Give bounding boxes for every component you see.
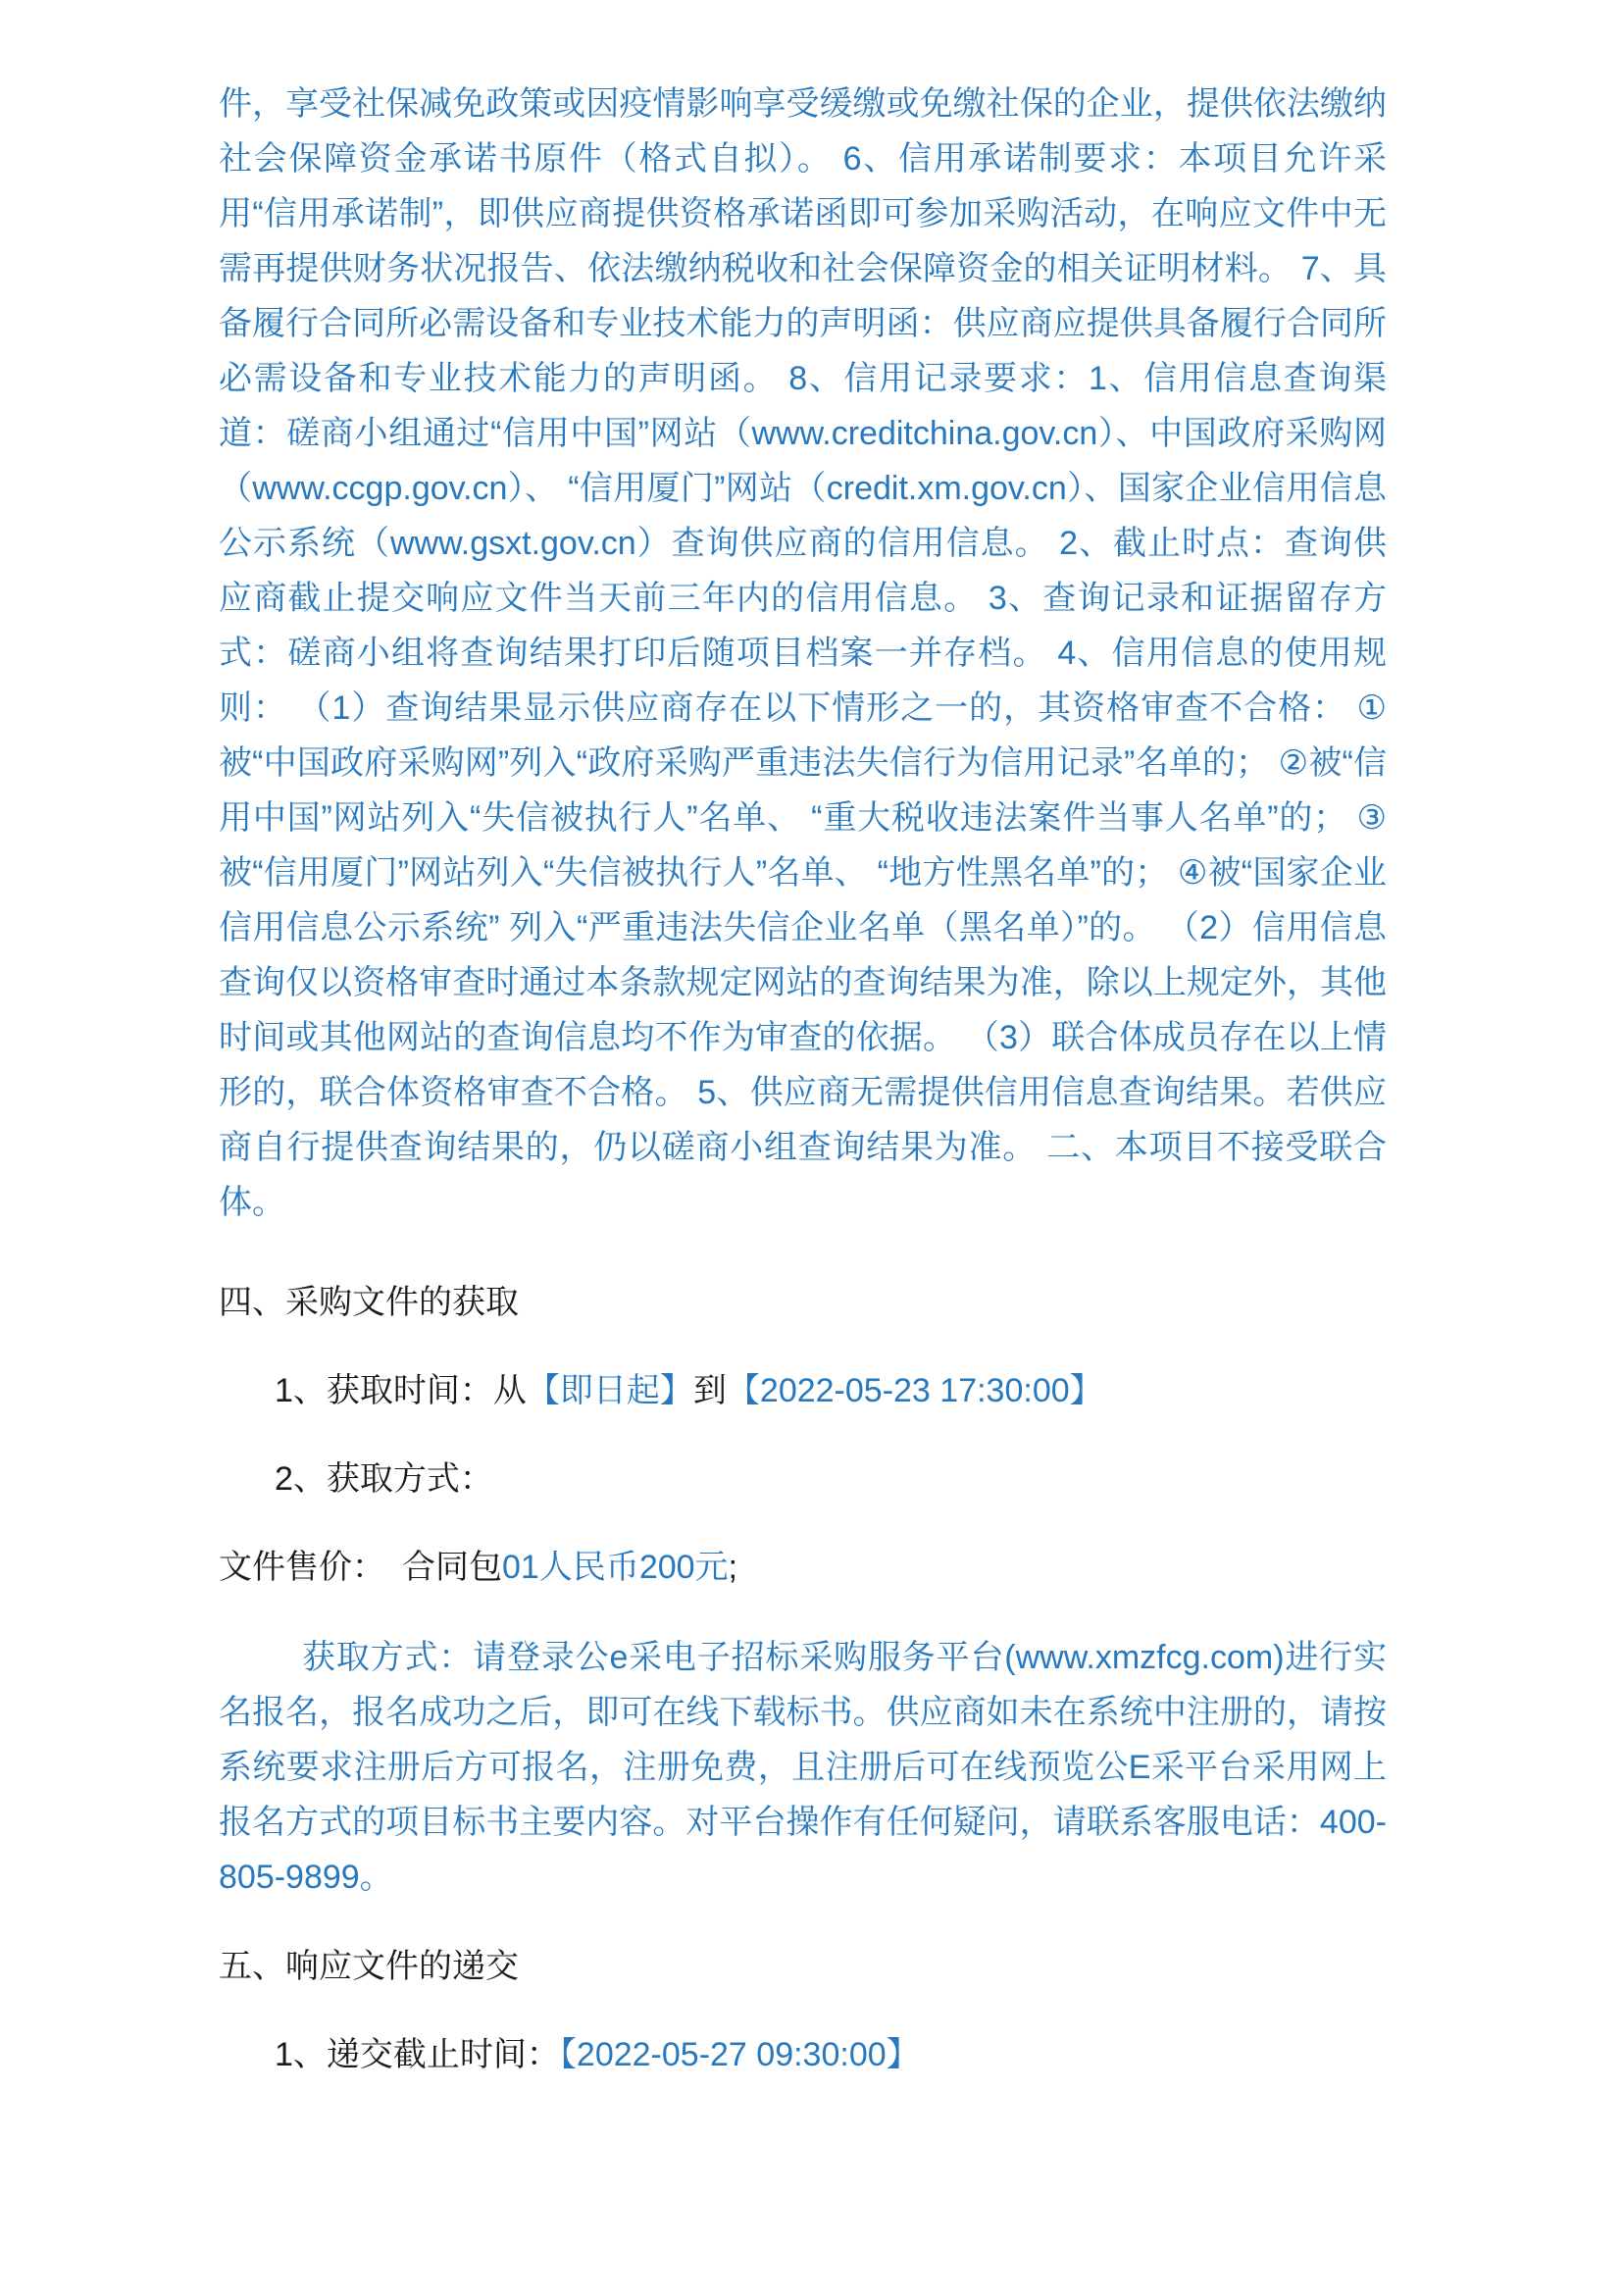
obtain-time-to-label: 到: [693, 1372, 727, 1409]
price-value: 01人民币200元: [502, 1549, 729, 1586]
obtain-time-from-value: 【即日起】: [527, 1372, 693, 1409]
obtain-time-to-value: 【2022-05-23 17:30:00】: [727, 1372, 1103, 1409]
section4-obtain-time-line: 1、获取时间：从【即日起】到【2022-05-23 17:30:00】: [219, 1363, 1387, 1418]
document-page: 件，享受社保减免政策或因疫情影响享受缓缴或免缴社保的企业，提供依法缴纳社会保障资…: [0, 0, 1623, 2082]
obtain-time-label: 1、获取时间：从: [275, 1372, 527, 1409]
deadline-label: 1、递交截止时间：: [275, 2036, 560, 2073]
deadline-value: 【2022-05-27 09:30:00】: [560, 2036, 920, 2073]
credit-requirements-paragraph: 件，享受社保减免政策或因疫情影响享受缓缴或免缴社保的企业，提供依法缴纳社会保障资…: [219, 77, 1387, 1230]
document-price-line: 文件售价： 合同包01人民币200元;: [219, 1540, 1387, 1595]
price-label: 文件售价： 合同包: [219, 1549, 502, 1586]
section4-heading: 四、采购文件的获取: [219, 1275, 1387, 1330]
section5-deadline-line: 1、递交截止时间：【2022-05-27 09:30:00】: [219, 2027, 1387, 2082]
section4-obtain-method-label: 2、获取方式：: [219, 1452, 1387, 1506]
obtain-method-paragraph: 获取方式：请登录公e采电子招标采购服务平台(www.xmzfcg.com)进行实…: [219, 1630, 1387, 1905]
section5-heading: 五、响应文件的递交: [219, 1939, 1387, 1994]
price-suffix: ;: [729, 1549, 737, 1586]
